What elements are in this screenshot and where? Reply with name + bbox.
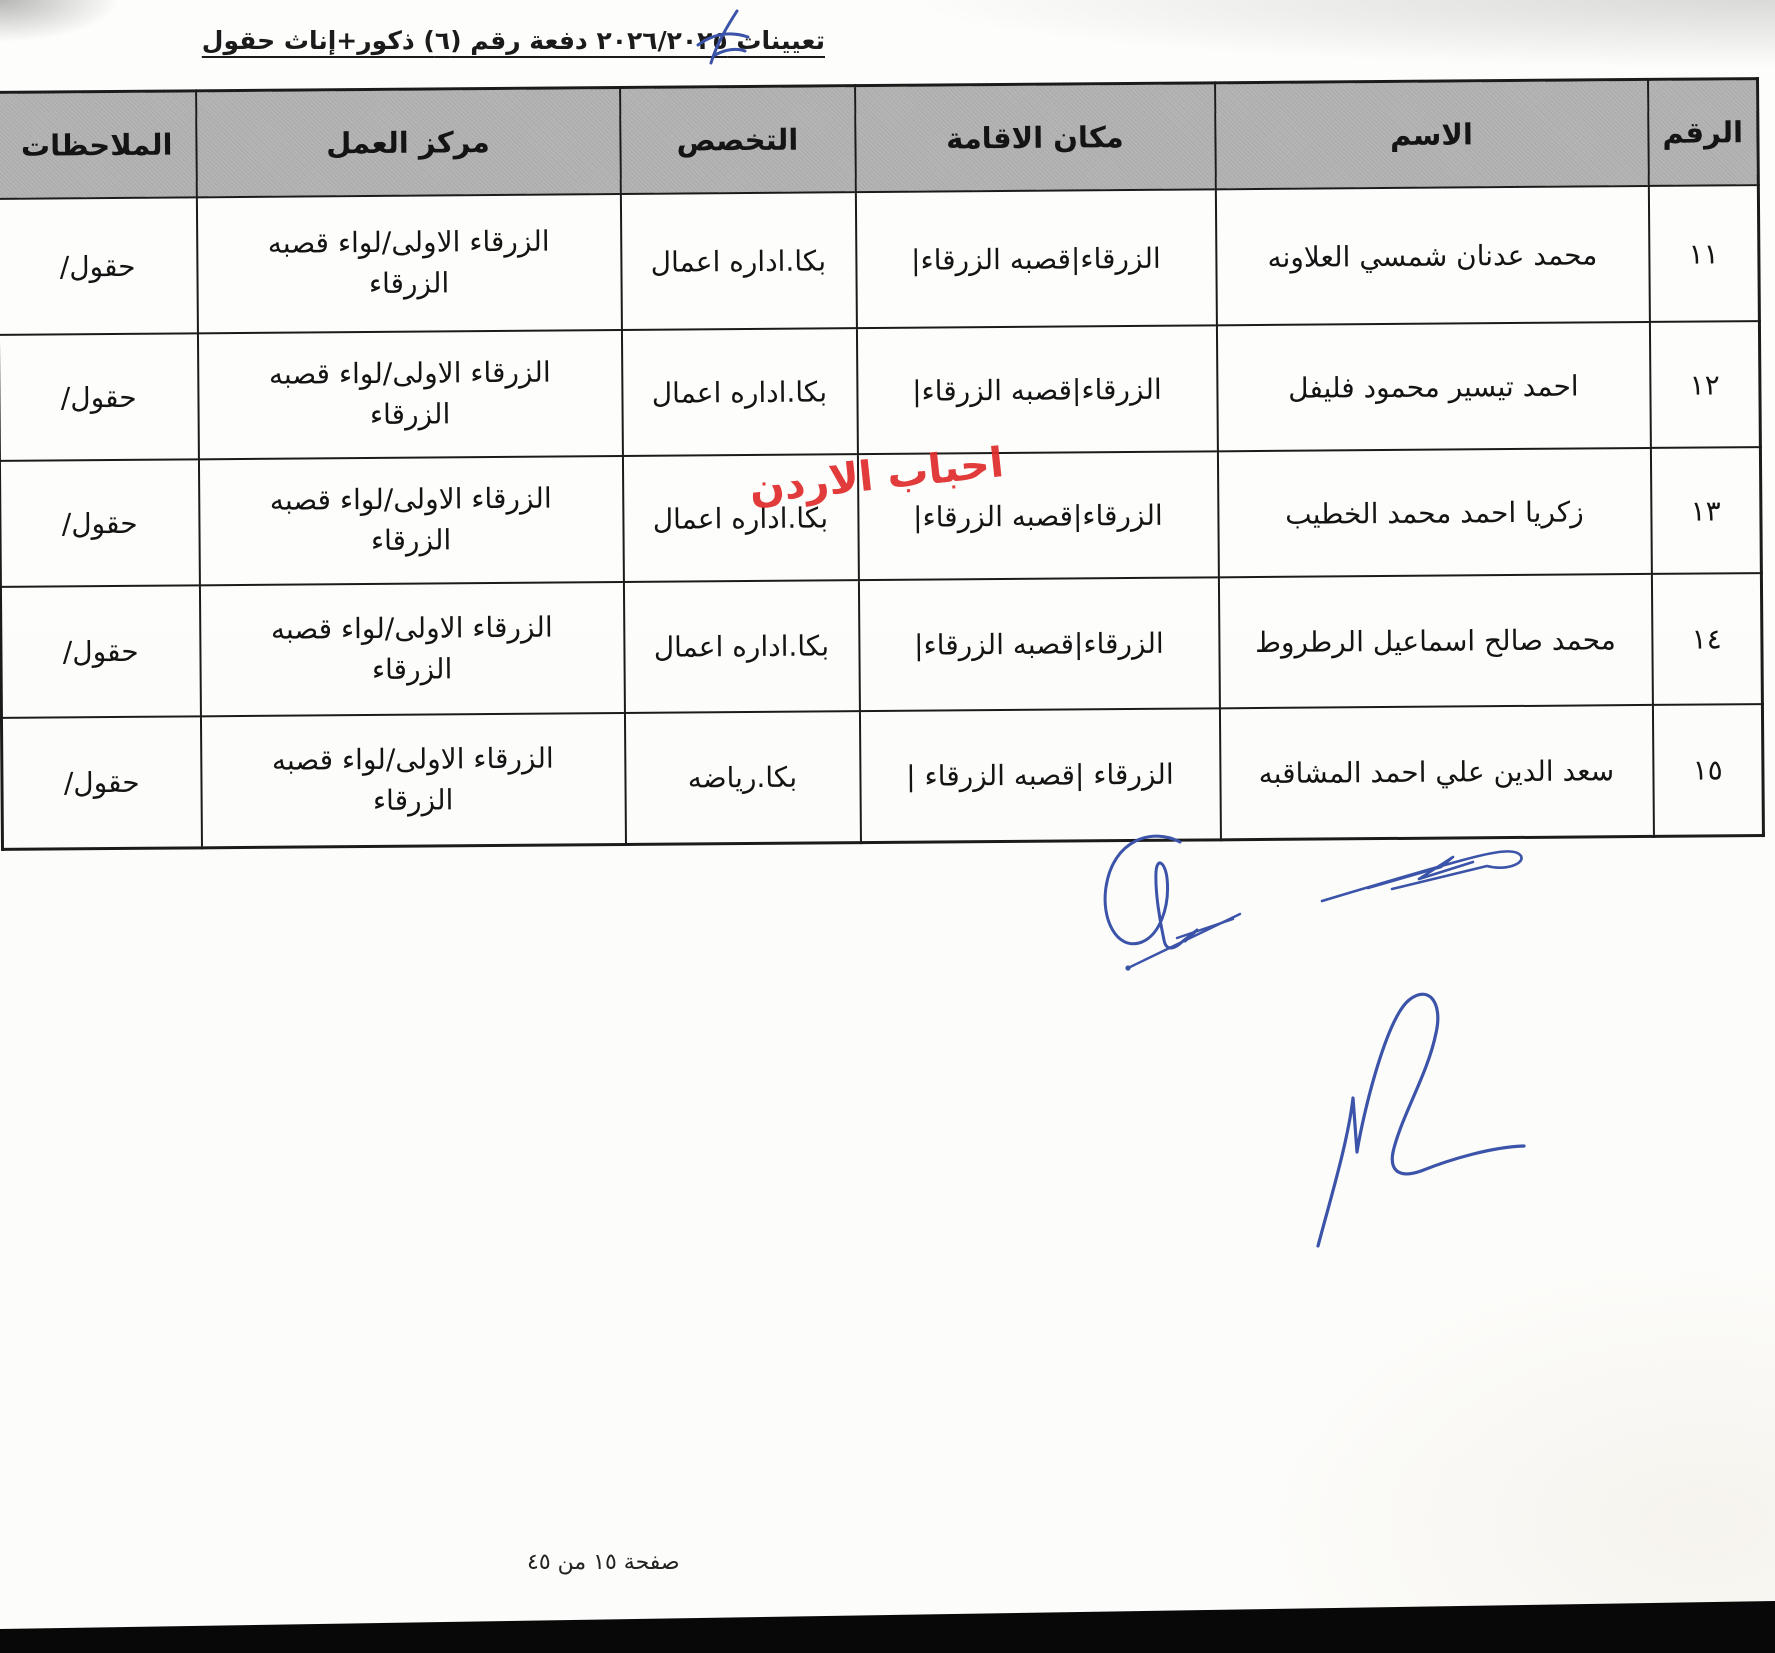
pen-scribble-title xyxy=(690,6,760,70)
column-header-notes: الملاحظات xyxy=(0,91,196,199)
number-cell: ١١ xyxy=(1648,185,1759,322)
column-header-number: الرقم xyxy=(1648,79,1759,186)
name-cell: محمد صالح اسماعيل الرطروط xyxy=(1218,574,1652,708)
notes-cell: حقول/ xyxy=(1,716,201,849)
notes-cell: حقول/ xyxy=(0,585,200,718)
specialty-cell: بكا.اداره اعمال xyxy=(620,192,856,330)
name-cell: زكريا احمد محمد الخطيب xyxy=(1217,448,1651,577)
work-center-cell: الزرقاء الاولى/لواء قصبه الزرقاء xyxy=(200,713,625,848)
work-center-cell: الزرقاء الاولى/لواء قصبه الزرقاء xyxy=(197,330,622,459)
number-cell: ١٢ xyxy=(1649,321,1760,448)
pen-signatures xyxy=(1050,780,1610,1280)
column-header-specialty: التخصص xyxy=(620,86,856,194)
signature-loop-icon xyxy=(1105,836,1240,971)
residence-cell: الزرقاء|قصبه الزرقاء| xyxy=(855,189,1216,328)
signature-initial-icon xyxy=(1318,994,1524,1246)
work-center-cell: الزرقاء الاولى/لواء قصبه الزرقاء xyxy=(196,194,621,333)
specialty-cell: بكا.اداره اعمال xyxy=(623,580,859,713)
number-cell: ١٤ xyxy=(1651,573,1762,705)
name-cell: احمد تيسير محمود فليفل xyxy=(1216,322,1650,451)
specialty-cell: بكا.رياضه xyxy=(624,711,860,844)
column-header-work-center: مركز العمل xyxy=(196,88,621,198)
residence-cell: الزرقاء|قصبه الزرقاء| xyxy=(858,577,1219,711)
notes-cell: حقول/ xyxy=(0,333,198,461)
footer-page-number: صفحة ١٥ من ٤٥ xyxy=(527,1550,680,1575)
table-row: ١١ محمد عدنان شمسي العلاونه الزرقاء|قصبه… xyxy=(0,185,1759,335)
table-row: ١٢ احمد تيسير محمود فليفل الزرقاء|قصبه ا… xyxy=(0,321,1760,461)
name-cell: محمد عدنان شمسي العلاونه xyxy=(1215,186,1649,325)
signature-flourish-icon xyxy=(1322,851,1522,901)
residence-cell: الزرقاء|قصبه الزرقاء| xyxy=(856,325,1217,454)
work-center-cell: الزرقاء الاولى/لواء قصبه الزرقاء xyxy=(199,582,624,716)
column-header-residence: مكان الاقامة xyxy=(855,83,1216,192)
notes-cell: حقول/ xyxy=(0,197,197,335)
specialty-cell: بكا.اداره اعمال xyxy=(621,328,857,456)
number-cell: ١٥ xyxy=(1652,704,1763,836)
work-center-cell: الزرقاء الاولى/لواء قصبه الزرقاء xyxy=(198,456,623,585)
table-row: ١٤ محمد صالح اسماعيل الرطروط الزرقاء|قصب… xyxy=(0,573,1762,718)
number-cell: ١٣ xyxy=(1650,447,1761,574)
column-header-name: الاسم xyxy=(1215,79,1649,189)
notes-cell: حقول/ xyxy=(0,459,199,587)
table-header-row: الرقم الاسم مكان الاقامة التخصص مركز الع… xyxy=(0,79,1758,199)
